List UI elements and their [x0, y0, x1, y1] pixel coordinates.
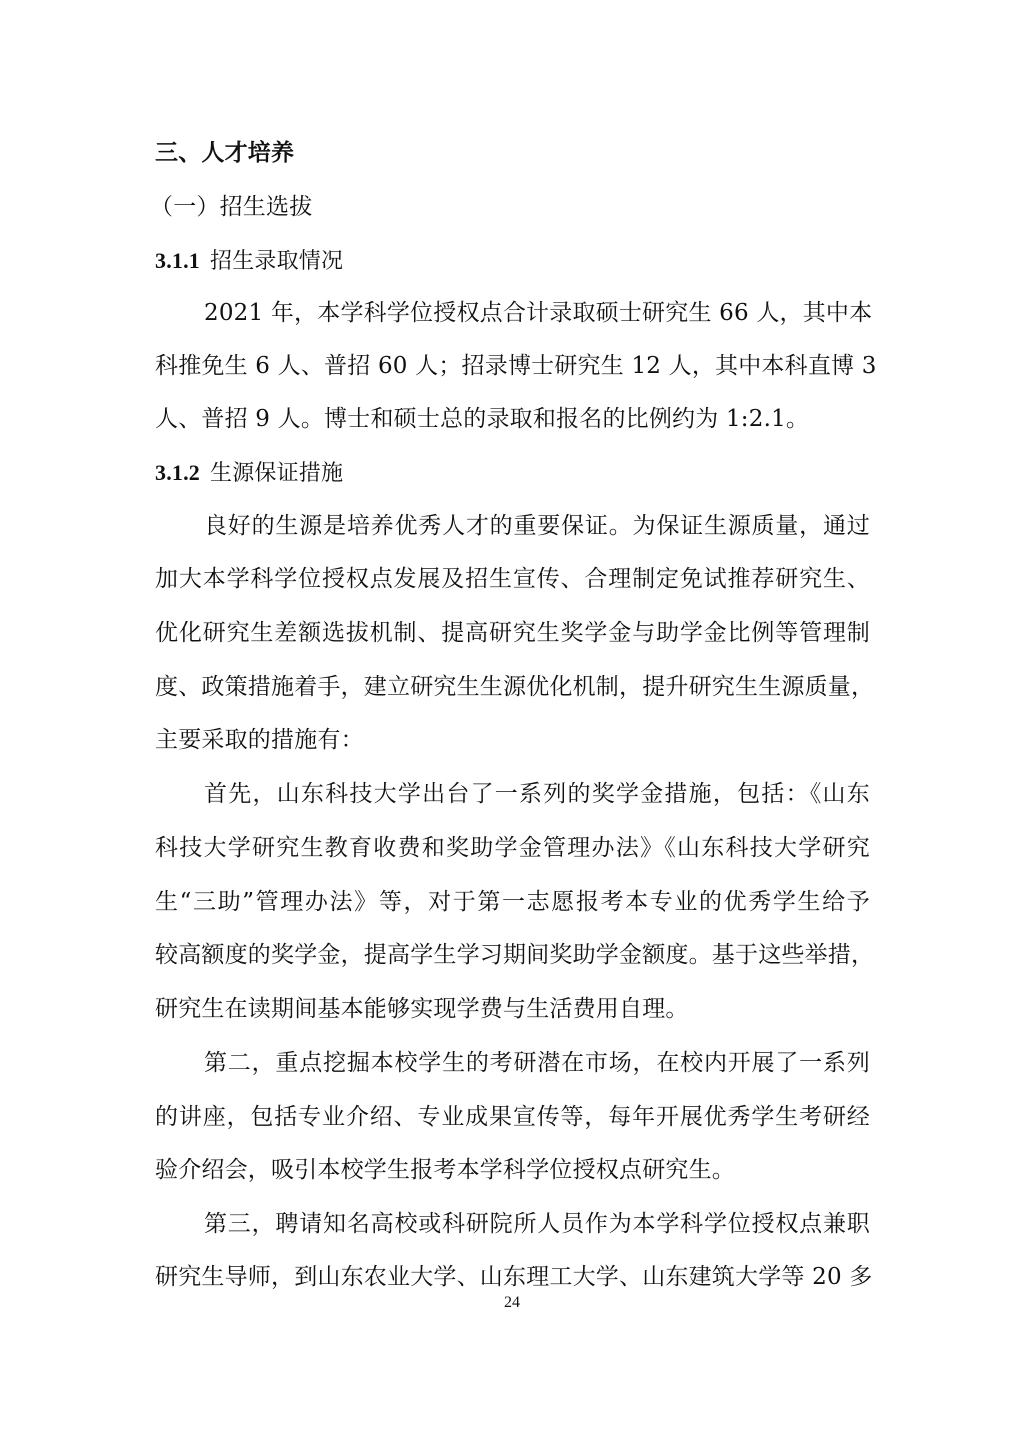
- paragraph-line: 科技大学研究生教育收费和奖助学金管理办法》《山东科技大学研究: [155, 833, 870, 863]
- paragraph-line: 2021 年，本学科学位授权点合计录取硕士研究生 66 人，其中本: [204, 298, 870, 328]
- paragraph-line: 优化研究生差额选拔机制、提高研究生奖学金与助学金比例等管理制: [155, 618, 870, 648]
- heading-3-1-1: 3.1.1招生录取情况: [155, 246, 870, 277]
- document-page: 三、人才培养 （一）招生选拔 3.1.1招生录取情况 2021 年，本学科学位授…: [0, 0, 1024, 1448]
- subsection-title: （一）招生选拔: [150, 192, 865, 222]
- paragraph-line: 首先，山东科技大学出台了一系列的奖学金措施，包括：《山东: [204, 779, 870, 809]
- paragraph-line: 研究生在读期间基本能够实现学费与生活费用自理。: [155, 994, 870, 1024]
- heading-number: 3.1.2: [155, 460, 200, 485]
- paragraph-line: 科推免生 6 人、普招 60 人；招录博士研究生 12 人，其中本科直博 3: [155, 351, 870, 381]
- page-number: 24: [0, 1294, 1024, 1312]
- heading-3-1-2: 3.1.2生源保证措施: [155, 458, 870, 489]
- paragraph-line: 良好的生源是培养优秀人才的重要保证。为保证生源质量，通过: [204, 511, 870, 541]
- heading-number: 3.1.1: [155, 248, 200, 273]
- paragraph-line: 生“三助”管理办法》等，对于第一志愿报考本专业的优秀学生给予: [155, 887, 870, 917]
- section-title: 三、人才培养: [155, 138, 870, 168]
- paragraph-line: 主要采取的措施有：: [155, 725, 870, 755]
- paragraph-line: 度、政策措施着手，建立研究生生源优化机制，提升研究生生源质量，: [155, 672, 870, 702]
- paragraph-line: 研究生导师，到山东农业大学、山东理工大学、山东建筑大学等 20 多: [155, 1262, 870, 1292]
- paragraph-line: 验介绍会，吸引本校学生报考本学科学位授权点研究生。: [155, 1155, 870, 1185]
- paragraph-line: 加大本学科学位授权点发展及招生宣传、合理制定免试推荐研究生、: [155, 564, 870, 594]
- paragraph-line: 第二，重点挖掘本校学生的考研潜在市场，在校内开展了一系列: [204, 1048, 870, 1078]
- paragraph-line: 较高额度的奖学金，提高学生学习期间奖助学金额度。基于这些举措，: [155, 940, 870, 970]
- paragraph-line: 第三，聘请知名高校或科研院所人员作为本学科学位授权点兼职: [204, 1209, 870, 1239]
- paragraph-line: 人、普招 9 人。博士和硕士总的录取和报名的比例约为 1:2.1。: [155, 404, 870, 434]
- paragraph-line: 的讲座，包括专业介绍、专业成果宣传等，每年开展优秀学生考研经: [155, 1102, 870, 1132]
- heading-text: 招生录取情况: [210, 249, 343, 274]
- heading-text: 生源保证措施: [210, 461, 343, 486]
